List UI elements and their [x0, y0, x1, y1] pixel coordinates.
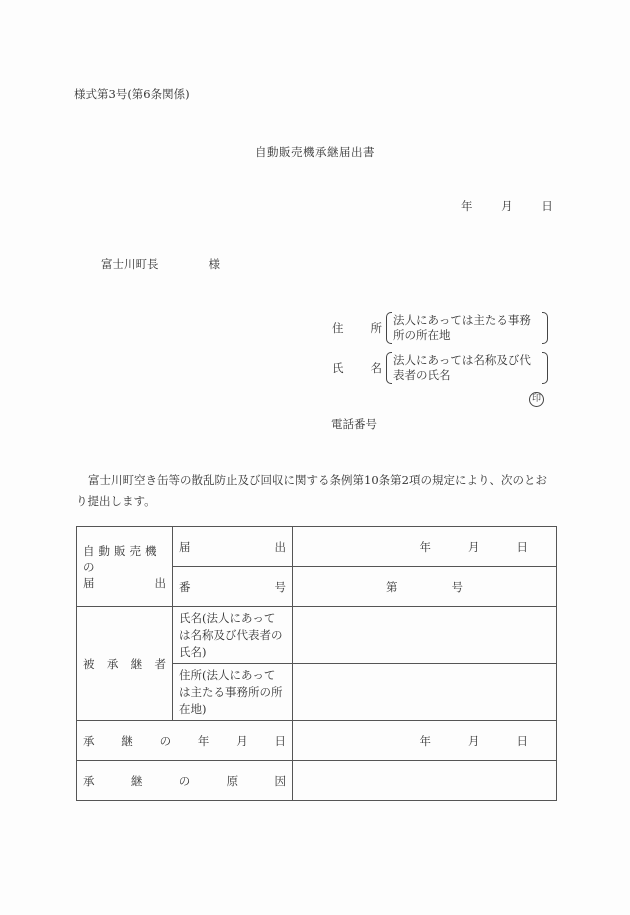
label-char: 承 [83, 733, 95, 749]
body-text: 富士川町空き缶等の散乱防止及び回収に関する条例第10条第2項の規定により、次のと… [76, 470, 558, 512]
label-char: 承 [83, 773, 95, 789]
vending-line1: 自動販売機の [83, 543, 166, 575]
label-char: の [179, 773, 191, 789]
number-label: 番号 [173, 567, 293, 607]
name-note: 法人にあっては名称及び代表者の氏名 [386, 353, 548, 383]
vending-line2: 届 出 [83, 575, 166, 591]
label-char: 日 [274, 733, 286, 749]
vending-label: 自動販売機の [83, 543, 166, 575]
form-number: 様式第3号(第6条関係) [74, 86, 190, 102]
year-label: 年 [420, 733, 432, 749]
table-row: 承 継 の 原 因 [77, 761, 557, 801]
applicant-name-field[interactable]: 氏 名 法人にあっては名称及び代表者の氏名 [332, 353, 548, 383]
addressee-name: 富士川町長 [101, 257, 159, 271]
succession-date-label: 承 継 の 年 月 日 [77, 721, 293, 761]
number-field[interactable]: 第号 [293, 567, 557, 607]
day-label: 日 [517, 733, 529, 749]
predecessor-name-field[interactable] [293, 607, 557, 664]
address-label-char: 住 [332, 320, 344, 336]
succession-reason-label: 承 継 の 原 因 [77, 761, 293, 801]
name-label-char: 名 [371, 360, 383, 376]
notify-date-field[interactable]: 年月日 [293, 527, 557, 567]
label-char: の [160, 733, 172, 749]
notify-label: 届出 [173, 527, 293, 567]
label-char: 届 [179, 539, 191, 555]
number-suffix: 号 [452, 579, 464, 595]
table-row: 被 承 継 者 氏名(法人にあっては名称及び代表者の氏名) [77, 607, 557, 664]
succession-date-field[interactable]: 年月日 [293, 721, 557, 761]
month-label: 月 [468, 539, 480, 555]
name-label-char: 氏 [332, 360, 344, 376]
table-row: 自動販売機の 届 出 届出 年月日 [77, 527, 557, 567]
applicant-address-field[interactable]: 住 所 法人にあっては主たる事務所の所在地 [332, 313, 548, 343]
year-label: 年 [420, 539, 432, 555]
label-char: 継 [131, 656, 143, 672]
succession-form-table: 自動販売機の 届 出 届出 年月日 番号 第号 被 承 継 者 [76, 526, 557, 801]
label-char: 被 [83, 656, 95, 672]
label-char: 継 [131, 773, 143, 789]
document-title: 自動販売機承継届出書 [0, 144, 630, 160]
label-char: 因 [275, 773, 287, 789]
succession-reason-field[interactable] [293, 761, 557, 801]
name-label: 氏 名 [332, 360, 382, 376]
address-label: 住 所 [332, 320, 382, 336]
predecessor-name-label: 氏名(法人にあっては名称及び代表者の氏名) [173, 607, 293, 664]
predecessor-address-label: 住所(法人にあっては主たる事務所の所在地) [173, 664, 293, 721]
year-label: 年 [461, 198, 473, 214]
table-row: 承 継 の 年 月 日 年月日 [77, 721, 557, 761]
predecessor-address-field[interactable] [293, 664, 557, 721]
label-char: 年 [198, 733, 210, 749]
vending-label-char: 届 [83, 575, 95, 591]
label-char: 者 [154, 656, 166, 672]
label-char: 号 [275, 579, 287, 595]
vending-machine-header: 自動販売機の 届 出 [77, 527, 173, 607]
address-note: 法人にあっては主たる事務所の所在地 [386, 313, 548, 343]
label-char: 月 [236, 733, 248, 749]
month-label: 月 [468, 733, 480, 749]
day-label: 日 [517, 539, 529, 555]
label-char: 原 [227, 773, 239, 789]
seal-mark-icon: 印 [529, 392, 544, 407]
number-prefix: 第 [386, 579, 398, 595]
submission-date: 年 月 日 [461, 198, 553, 214]
addressee: 富士川町長様 [101, 256, 220, 272]
honorific: 様 [209, 257, 221, 271]
phone-label: 電話番号 [331, 416, 377, 432]
day-label: 日 [541, 198, 553, 214]
label-char: 番 [179, 579, 191, 595]
label-char: 出 [275, 539, 287, 555]
label-char: 継 [121, 733, 133, 749]
label-char: 承 [107, 656, 119, 672]
predecessor-header: 被 承 継 者 [77, 607, 173, 721]
vending-label-char: 出 [155, 575, 167, 591]
address-label-char: 所 [371, 320, 383, 336]
month-label: 月 [501, 198, 513, 214]
